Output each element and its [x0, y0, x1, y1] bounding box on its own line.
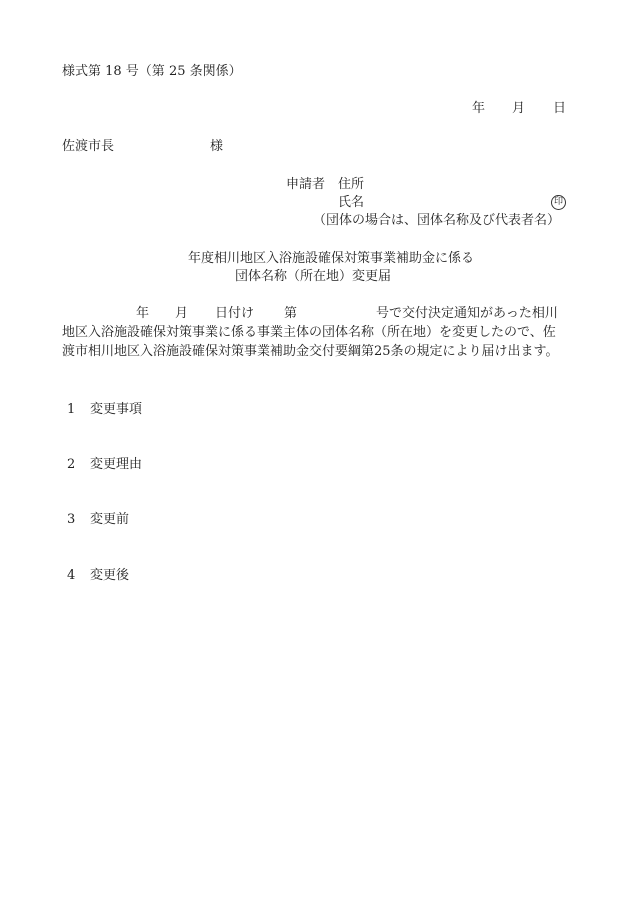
body-number-prefix: 第 [284, 306, 297, 322]
date-day: 日 [553, 101, 566, 117]
item-3-label: 変更前 [90, 512, 129, 528]
body-line-1-rest: 号で交付決定通知があった相川 [376, 306, 558, 322]
item-1-number: 1 [67, 402, 75, 418]
applicant-label: 申請者 [286, 177, 325, 193]
item-2-label: 変更理由 [90, 457, 142, 473]
body-line-3: 渡市相川地区入浴施設確保対策事業補助金交付要綱第25条の規定により届け出ます。 [62, 344, 559, 360]
date-month: 月 [512, 101, 525, 117]
seal-icon: 印 [551, 195, 566, 210]
item-4-label: 変更後 [90, 568, 129, 584]
item-3-number: 3 [67, 512, 75, 528]
seal-mark: 印 [551, 195, 566, 211]
form-number: 様式第 18 号（第 25 条関係） [62, 64, 242, 80]
addressee-name: 佐渡市長 [62, 139, 114, 155]
applicant-note: （団体の場合は、団体名称及び代表者名） [313, 213, 560, 229]
body-month: 月 [175, 306, 188, 322]
body-line-2: 地区入浴施設確保対策事業に係る事業主体の団体名称（所在地）を変更したので、佐 [62, 325, 556, 341]
addressee-honorific: 様 [210, 139, 223, 155]
body-year: 年 [136, 306, 149, 322]
title-line-2: 団体名称（所在地）変更届 [235, 269, 391, 285]
item-4-number: 4 [67, 568, 75, 584]
address-label: 住所 [338, 177, 364, 193]
body-day: 日付け [215, 306, 254, 322]
item-1-label: 変更事項 [90, 402, 142, 418]
item-2-number: 2 [67, 457, 75, 473]
date-year: 年 [472, 101, 485, 117]
title-line-1: 年度相川地区入浴施設確保対策事業補助金に係る [188, 251, 474, 267]
name-label: 氏名 [338, 195, 364, 211]
